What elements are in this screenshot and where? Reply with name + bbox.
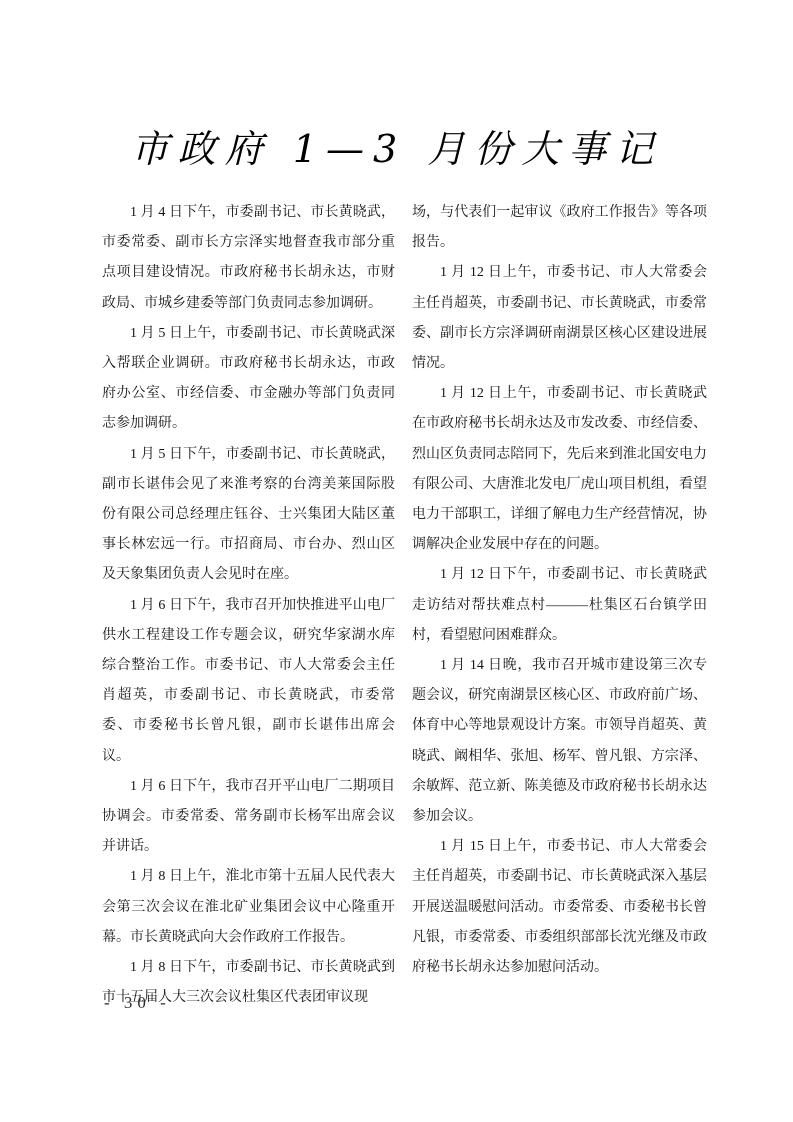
page-title: 市政府 1—3 月份大事记 — [0, 118, 793, 173]
paragraph: 1 月 5 日上午，市委副书记、市长黄晓武深入帮联企业调研。市政府秘书长胡永达，… — [102, 319, 395, 440]
right-column: 场，与代表们一起审议《政府工作报告》等各项报告。1 月 12 日上午，市委书记、… — [412, 198, 707, 1013]
page-number: - 30 - — [104, 993, 171, 1013]
left-column: 1 月 4 日下午，市委副书记、市长黄晓武，市委常委、副市长方宗泽实地督查我市部… — [102, 198, 395, 1013]
paragraph: 1 月 8 日上午，淮北市第十五届人民代表大会第三次会议在淮北矿业集团会议中心隆… — [102, 862, 395, 953]
paragraph: 1 月 12 日上午，市委副书记、市长黄晓武在市政府秘书长胡永达及市发改委、市经… — [412, 379, 707, 560]
paragraph: 1 月 15 日上午，市委书记、市人大常委会主任肖超英，市委副书记、市长黄晓武深… — [412, 832, 707, 983]
paragraph: 场，与代表们一起审议《政府工作报告》等各项报告。 — [412, 198, 707, 258]
paragraph: 1 月 12 日下午，市委副书记、市长黄晓武走访结对帮扶难点村———杜集区石台镇… — [412, 560, 707, 651]
paragraph: 1 月 4 日下午，市委副书记、市长黄晓武，市委常委、副市长方宗泽实地督查我市部… — [102, 198, 395, 319]
paragraph: 1 月 12 日上午，市委书记、市人大常委会主任肖超英，市委副书记、市长黄晓武，… — [412, 258, 707, 379]
paragraph: 1 月 6 日下午，我市召开平山电厂二期项目协调会。市委常委、常务副市长杨军出席… — [102, 772, 395, 863]
article-body: 1 月 4 日下午，市委副书记、市长黄晓武，市委常委、副市长方宗泽实地督查我市部… — [102, 198, 707, 1013]
paragraph: 1 月 14 日晚，我市召开城市建设第三次专题会议，研究南湖景区核心区、市政府前… — [412, 651, 707, 832]
paragraph: 1 月 6 日下午，我市召开加快推进平山电厂供水工程建设工作专题会议，研究华家湖… — [102, 591, 395, 772]
document-page: 市政府 1—3 月份大事记 1 月 4 日下午，市委副书记、市长黄晓武，市委常委… — [0, 0, 793, 1122]
paragraph: 1 月 5 日下午，市委副书记、市长黄晓武，副市长谌伟会见了来淮考察的台湾美莱国… — [102, 440, 395, 591]
